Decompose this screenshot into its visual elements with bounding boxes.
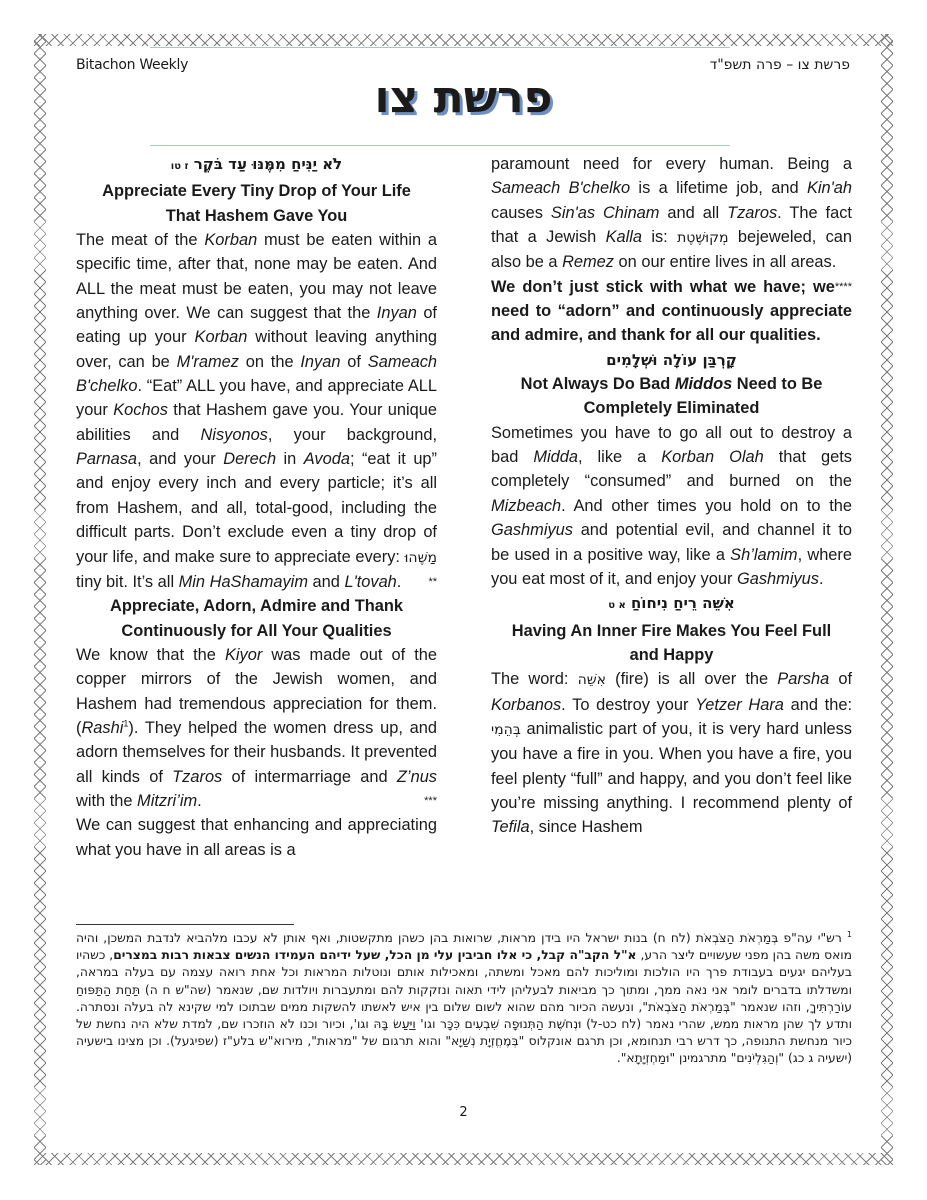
section-marker: *** (424, 789, 437, 813)
page-number: 2 (0, 1105, 927, 1120)
heading-line: That Hashem Gave You (76, 204, 437, 228)
parsha-line: פרשת צו – פרה תשפ"ד (710, 57, 850, 73)
section-marker: **** (835, 275, 852, 299)
heading-line: Having An Inner Fire Makes You Feel Full (491, 619, 852, 643)
left-column: לֹא יַנִּיחַ מִמֶּנּוּ עַד בֹּקֶר ז טו A… (76, 152, 437, 862)
border-bottom (34, 1153, 893, 1165)
title-rule (150, 145, 730, 146)
section3-hebrew-ref: קָרְבַּן עוֹלָה וּשְׁלָמִים (491, 348, 852, 372)
section4-body: The word: אִשֵּׁה (fire) is all over the… (491, 667, 852, 839)
heading-text: Need to Be (732, 375, 822, 393)
section4-heading: Having An Inner Fire Makes You Feel Full… (491, 619, 852, 668)
section4-hebrew-ref: אִשֵּׁה רֵיחַ נִיחוֹחַ א ט (491, 591, 852, 618)
verse-citation: א ט (608, 600, 626, 611)
heading-line: Appreciate Every Tiny Drop of Your Life (76, 179, 437, 203)
section3-body: Sometimes you have to go all out to dest… (491, 421, 852, 591)
heading-line: Appreciate, Adorn, Admire and Thank (76, 594, 437, 618)
hebrew-verse: אִשֵּׁה רֵיחַ נִיחוֹחַ (631, 594, 735, 612)
header-top-rule (150, 47, 730, 48)
page-title: פרשת צו (0, 72, 927, 123)
heading-line: Completely Eliminated (491, 396, 852, 420)
section1-heading: Appreciate Every Tiny Drop of Your Life … (76, 179, 437, 228)
section2-heading: Appreciate, Adorn, Admire and Thank Cont… (76, 594, 437, 643)
heading-text: Not Always Do Bad (521, 375, 675, 393)
section1-body: The meat of the Korban must be eaten wit… (76, 228, 437, 594)
hebrew-verse: קָרְבַּן עוֹלָה וּשְׁלָמִים (606, 351, 737, 369)
section2-body: We know that the Kiyor was made out of t… (76, 643, 437, 813)
publication-name: Bitachon Weekly (76, 57, 188, 73)
heading-line: Continuously for All Your Qualities (76, 619, 437, 643)
section1-hebrew-ref: לֹא יַנִּיחַ מִמֶּנּוּ עַד בֹּקֶר ז טו (76, 152, 437, 179)
continuation-body: paramount need for every human. Being a … (491, 152, 852, 275)
footnote-number: 1 (847, 930, 852, 939)
section2-body-continued: We can suggest that enhancing and apprec… (76, 813, 437, 862)
footnote: 1 רש"י עה"פ בְּמַרְאֹת הַצֹּבְאֹת (לח ח)… (76, 930, 852, 1068)
right-column: paramount need for every human. Being a … (491, 152, 852, 840)
border-top (34, 34, 893, 46)
verse-citation: ז טו (171, 161, 189, 172)
border-right (881, 34, 893, 1165)
border-left (34, 34, 46, 1165)
footnote-text: רש"י עה"פ בְּמַרְאֹת הַצֹּבְאֹת (לח ח) ב… (76, 931, 852, 1065)
footnote-separator (76, 924, 294, 925)
section-marker: ** (428, 570, 437, 594)
bold-summary: We don’t just stick with what we have; w… (491, 275, 852, 348)
heading-line: Not Always Do Bad Middos Need to Be (491, 372, 852, 396)
section3-heading: Not Always Do Bad Middos Need to Be Comp… (491, 372, 852, 421)
heading-line: and Happy (491, 643, 852, 667)
hebrew-verse: לֹא יַנִּיחַ מִמֶּנּוּ עַד בֹּקֶר (194, 155, 342, 173)
heading-italic: Middos (675, 375, 732, 393)
